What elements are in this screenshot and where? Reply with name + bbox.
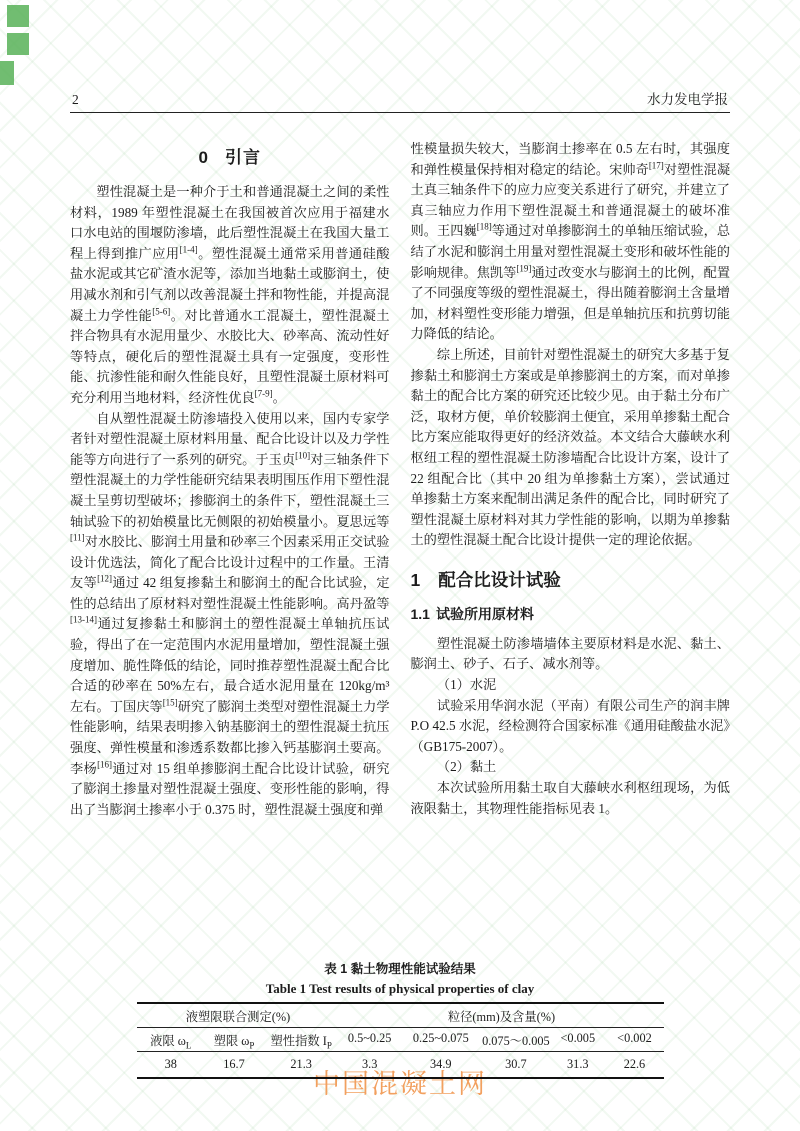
column-header-cell: 液限 ωL: [137, 1028, 206, 1051]
table-group-header-row: 液塑限联合测定(%) 粒径(mm)及含量(%): [137, 1004, 664, 1028]
two-column-body: 0引言 塑性混凝土是一种介于土和普通混凝土之间的柔性材料，1989 年塑性混凝土…: [70, 139, 730, 951]
column-header-cell: 0.075～0.005: [482, 1028, 551, 1051]
table-value-cell: 31.3: [550, 1052, 605, 1077]
material-item-1-label: （1）水泥: [411, 675, 731, 696]
section-1-title: 配合比设计试验: [438, 570, 561, 590]
table-value-cell: 21.3: [263, 1052, 339, 1077]
page-header: 2 水力发电学报: [70, 88, 730, 113]
section-0-heading: 0引言: [70, 143, 390, 168]
column-header-cell: 0.25~0.075: [400, 1028, 482, 1051]
intro-paragraph-1: 塑性混凝土是一种介于土和普通混凝土之间的柔性材料，1989 年塑性混凝土在我国被…: [70, 182, 390, 409]
material-item-1-text: 试验采用华润水泥（平南）有限公司生产的润丰牌 P.O 42.5 水泥，经检测符合…: [411, 696, 731, 758]
table-data-row: 38 16.7 21.3 3.3 34.9 30.7 31.3 22.6: [137, 1052, 664, 1077]
table-value-cell: 16.7: [205, 1052, 263, 1077]
summary-paragraph: 综上所述，目前针对塑性混凝土的研究大多基于复掺黏土和膨润土方案或是单掺膨润土的方…: [411, 345, 731, 551]
journal-name: 水力发电学报: [647, 88, 728, 108]
section-1-1-heading: 1.1试验所用原材料: [411, 604, 731, 624]
materials-intro-paragraph: 塑性混凝土防渗墙墙体主要原材料是水泥、黏土、膨润土、砂子、石子、减水剂等。: [411, 634, 731, 675]
group-header-cell: 液塑限联合测定(%): [137, 1004, 340, 1027]
left-column: 0引言 塑性混凝土是一种介于土和普通混凝土之间的柔性材料，1989 年塑性混凝土…: [70, 139, 390, 820]
section-1-heading: 1配合比设计试验: [411, 567, 731, 592]
section-1-1-number: 1.1: [411, 606, 430, 622]
section-1-1-title: 试验所用原材料: [436, 606, 534, 622]
section-1-number: 1: [411, 570, 421, 590]
table-column-header-row: 液限 ωL 塑限 ωP 塑性指数 IP 0.5~0.25 0.25~0.075 …: [137, 1028, 664, 1052]
table-1-block: 表 1 黏土物理性能试验结果 Table 1 Test results of p…: [70, 959, 730, 1079]
intro-paragraph-2: 自从塑性混凝土防渗墙投入使用以来，国内专家学者针对塑性混凝土原材料用量、配合比设…: [70, 409, 390, 821]
column-header-cell: <0.002: [605, 1028, 663, 1051]
table-value-cell: 30.7: [482, 1052, 551, 1077]
table-value-cell: 38: [137, 1052, 206, 1077]
group-header-cell: 粒径(mm)及含量(%): [339, 1004, 663, 1027]
table-value-cell: 22.6: [605, 1052, 663, 1077]
continuation-paragraph: 性模量损失较大，当膨润土掺率在 0.5 左右时，其强度和弹性模量保持相对稳定的结…: [411, 139, 731, 345]
table-value-cell: 3.3: [339, 1052, 400, 1077]
column-header-cell: 0.5~0.25: [339, 1028, 400, 1051]
table-value-cell: 34.9: [400, 1052, 482, 1077]
section-0-number: 0: [199, 148, 209, 167]
paper-page: 2 水力发电学报 0引言 塑性混凝土是一种介于土和普通混凝土之间的柔性材料，19…: [0, 0, 800, 1131]
column-header-cell: 塑性指数 IP: [263, 1028, 339, 1051]
column-header-cell: <0.005: [550, 1028, 605, 1051]
table-1-caption-en: Table 1 Test results of physical propert…: [70, 981, 730, 997]
column-header-cell: 塑限 ωP: [205, 1028, 263, 1051]
table-1: 液塑限联合测定(%) 粒径(mm)及含量(%) 液限 ωL 塑限 ωP 塑性指数…: [137, 1002, 664, 1079]
page-number: 2: [72, 92, 79, 108]
material-item-2-text: 本次试验所用黏土取自大藤峡水利枢纽现场，为低液限黏土，其物理性能指标见表 1。: [411, 778, 731, 819]
page-content: 2 水力发电学报 0引言 塑性混凝土是一种介于土和普通混凝土之间的柔性材料，19…: [0, 0, 800, 1079]
section-0-title: 引言: [225, 148, 261, 167]
material-item-2-label: （2）黏土: [411, 757, 731, 778]
right-column: 性模量损失较大，当膨润土掺率在 0.5 左右时，其强度和弹性模量保持相对稳定的结…: [411, 139, 731, 819]
table-1-caption-zh: 表 1 黏土物理性能试验结果: [70, 959, 730, 977]
